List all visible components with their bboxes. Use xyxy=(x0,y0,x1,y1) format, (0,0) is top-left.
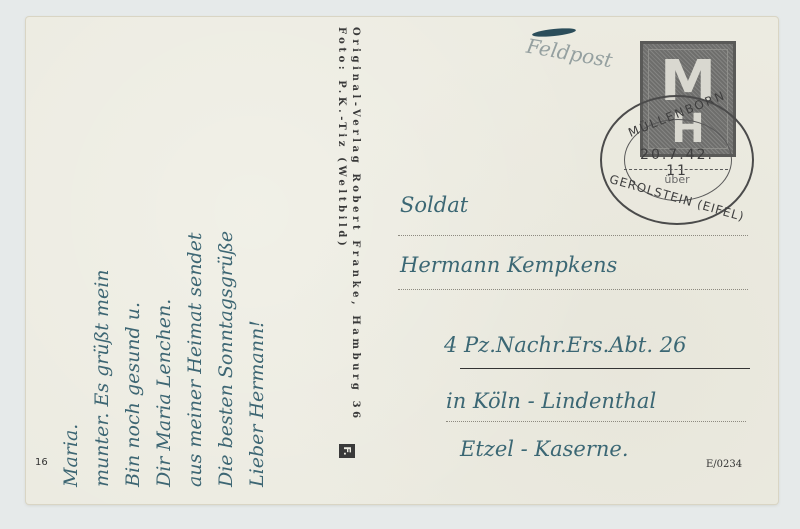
address-line-5: Etzel - Kaserne. xyxy=(460,437,629,461)
address-line-3: 4 Pz.Nachr.Ers.Abt. 26 xyxy=(444,333,686,357)
handwritten-message: Maria. munter. Es grüßt mein Bin noch ge… xyxy=(56,87,286,487)
address-line-1: Soldat xyxy=(400,193,468,217)
publisher-logo-icon: F. xyxy=(339,444,355,458)
address-underline xyxy=(460,368,750,369)
address-rule xyxy=(398,289,748,290)
feldpost-annotation: Feldpost xyxy=(525,34,615,73)
message-line: Lieber Hermann! xyxy=(242,87,273,487)
photo-credit: Foto: P.K.-Tiz (Weltbild) xyxy=(334,27,348,422)
message-line: Die besten Sonntagsgrüße xyxy=(211,87,242,487)
postmark-cancellation: MÜLLENBORN 20.7.42. 11 über GEROLSTEIN (… xyxy=(600,95,754,225)
publisher-line: Original-Verlag Robert Franke, Hamburg 3… xyxy=(348,27,362,422)
message-line: Maria. xyxy=(56,87,87,487)
message-line: munter. Es grüßt mein xyxy=(87,87,118,487)
address-rule xyxy=(398,235,748,236)
catalog-code: E/0234 xyxy=(706,459,742,470)
address-rule xyxy=(446,421,746,422)
postmark-divider xyxy=(624,169,728,170)
message-line: Bin noch gesund u. xyxy=(118,87,149,487)
message-line: Dir Maria Lenchen. xyxy=(149,87,180,487)
address-line-4: in Köln - Lindenthal xyxy=(446,389,656,413)
card-number: 16 xyxy=(35,457,48,468)
publisher-imprint: Original-Verlag Robert Franke, Hamburg 3… xyxy=(334,27,362,422)
address-line-2: Hermann Kempkens xyxy=(400,253,617,277)
message-line: aus meiner Heimat sendet xyxy=(180,87,211,487)
postcard: Maria. munter. Es grüßt mein Bin noch ge… xyxy=(26,17,778,504)
